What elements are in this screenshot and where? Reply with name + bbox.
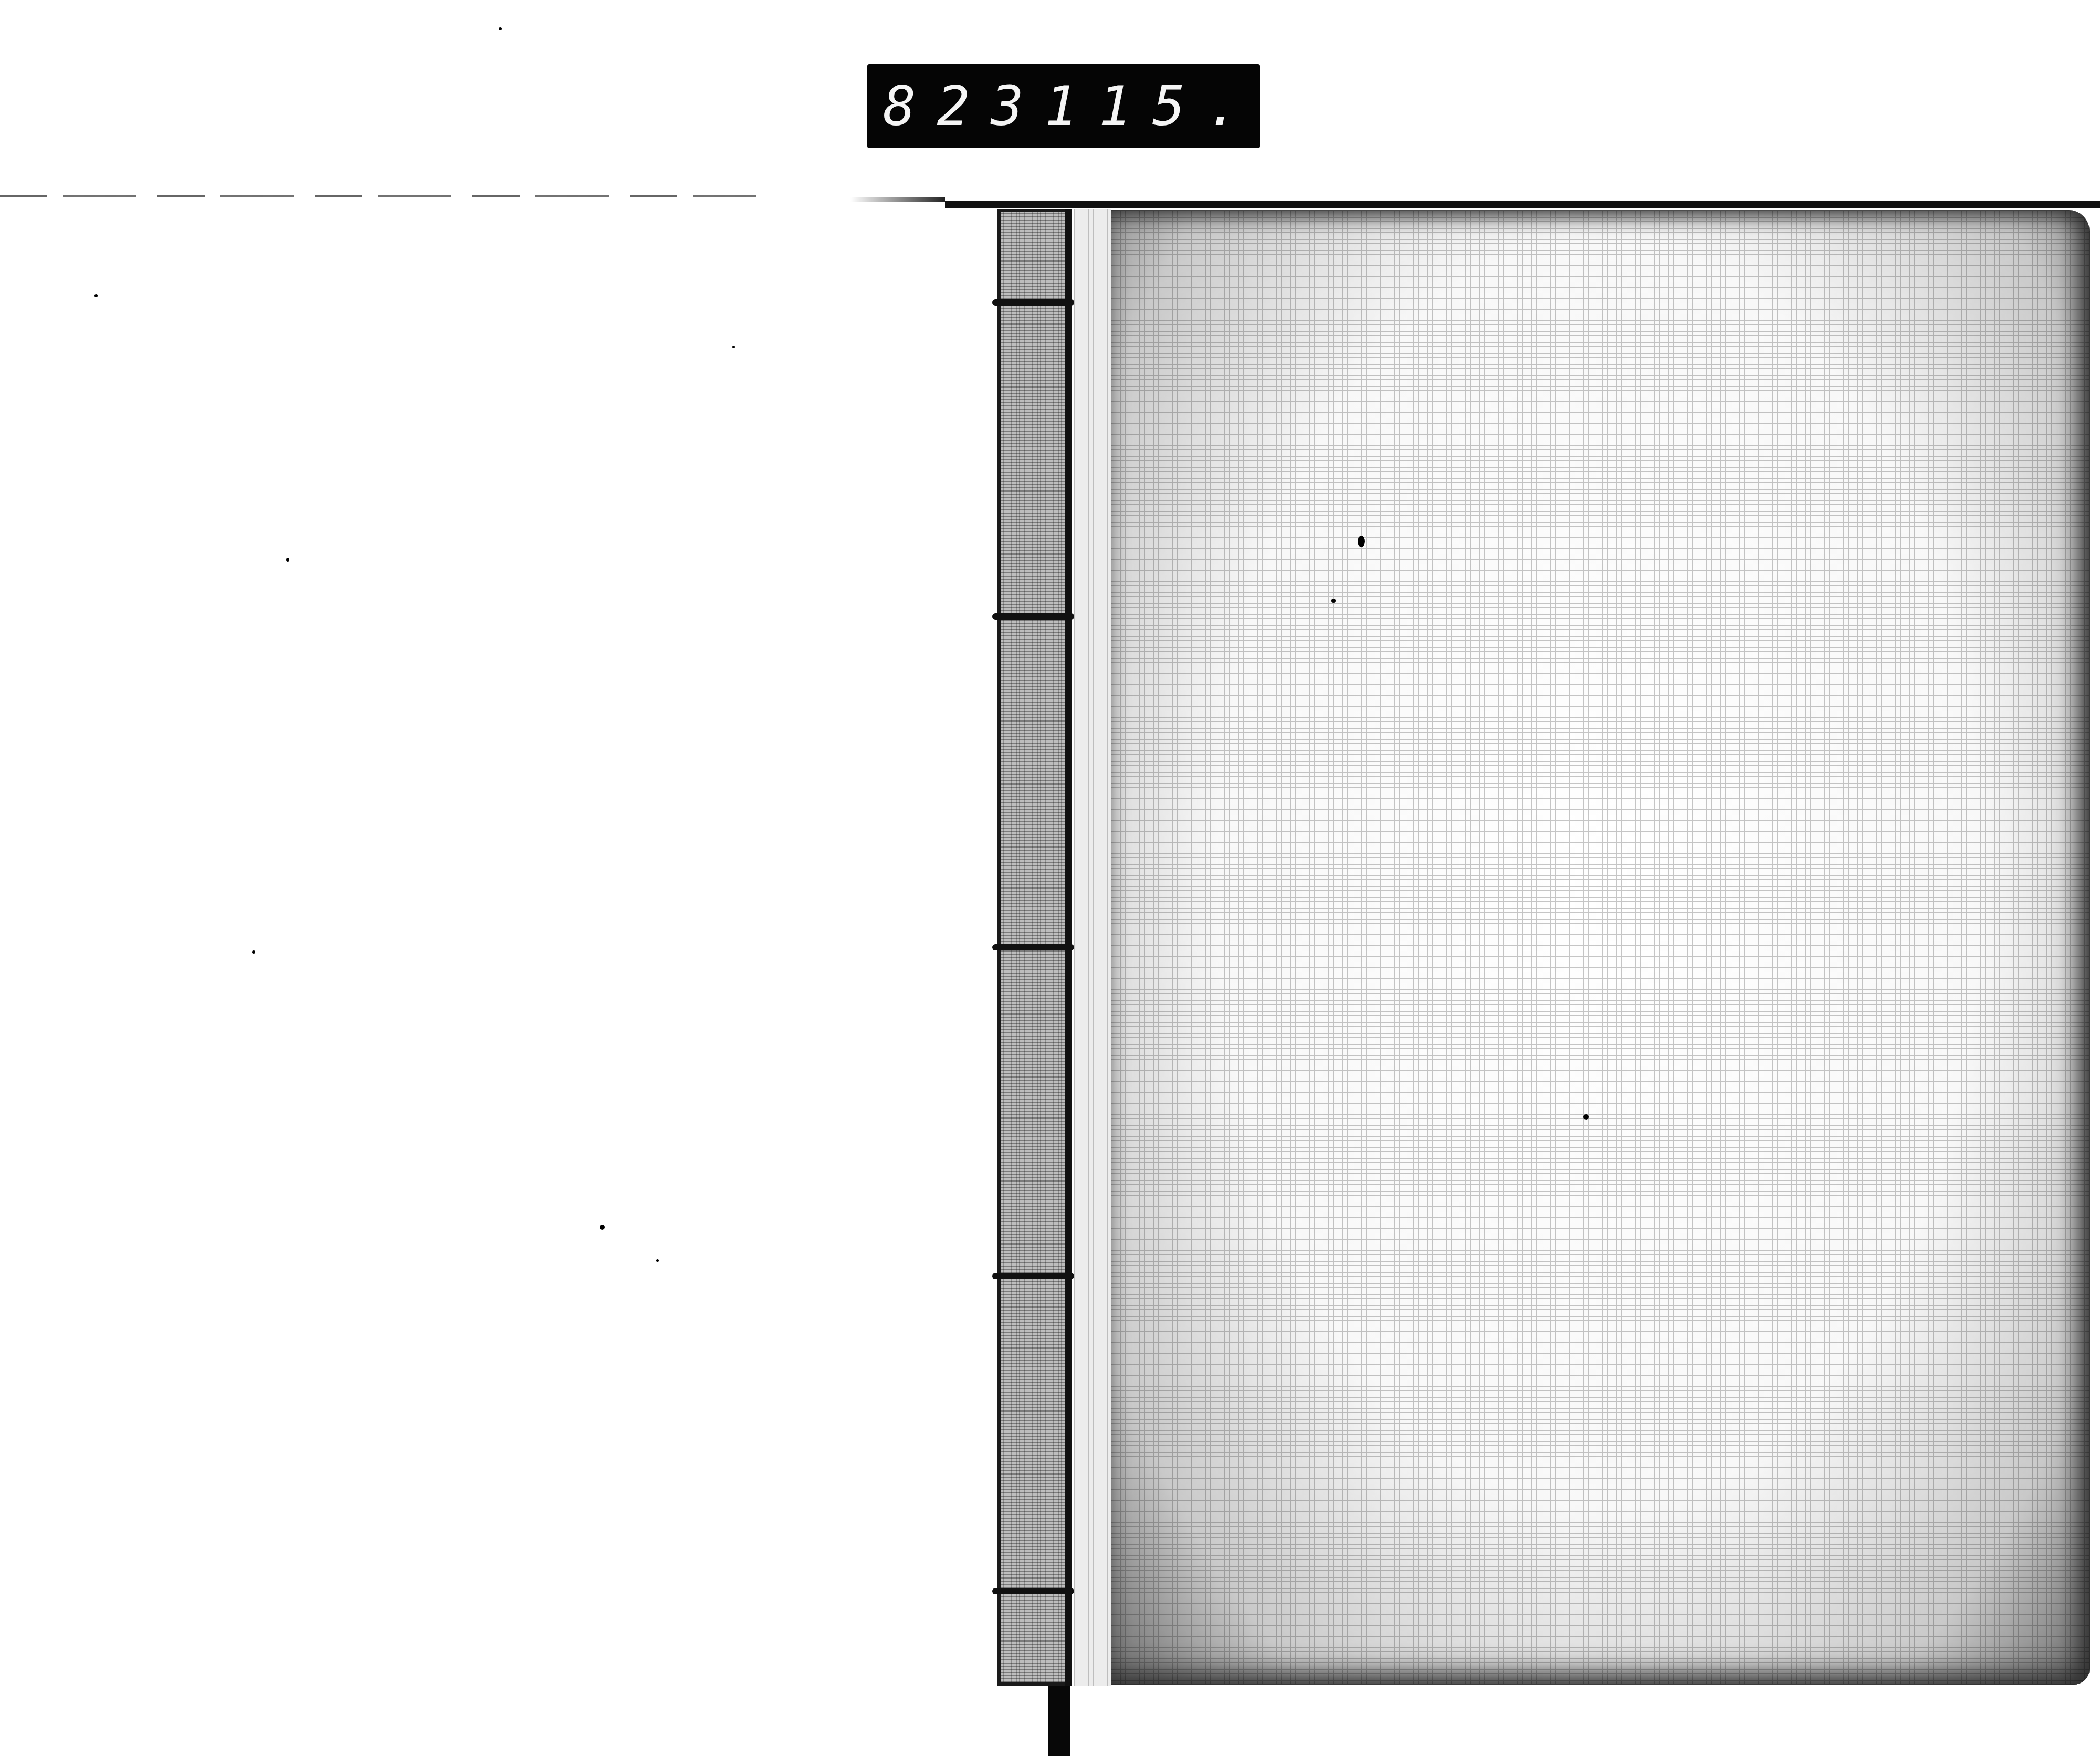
speck bbox=[286, 558, 289, 562]
top-edge-line bbox=[0, 195, 756, 197]
stitch-band-5 bbox=[992, 1588, 1074, 1594]
speck bbox=[732, 346, 735, 348]
cover-hinge bbox=[1074, 209, 1111, 1686]
stitch-band-1 bbox=[992, 299, 1074, 306]
bound-book bbox=[997, 209, 2089, 1686]
top-rule bbox=[945, 201, 2100, 208]
speck bbox=[499, 27, 502, 30]
stitch-band-4 bbox=[992, 1273, 1074, 1279]
speck bbox=[1331, 599, 1336, 603]
counter-left-number: 823 bbox=[883, 74, 1045, 138]
stitch-band-3 bbox=[992, 944, 1074, 950]
top-rule-fade bbox=[850, 197, 945, 202]
speck bbox=[600, 1225, 605, 1230]
stitch-band-2 bbox=[992, 613, 1074, 620]
speck bbox=[252, 950, 255, 954]
speck bbox=[94, 294, 98, 297]
blank-left-page bbox=[0, 0, 997, 1756]
speck bbox=[656, 1259, 659, 1262]
cover-texture bbox=[1111, 210, 2089, 1685]
bookmark-tab bbox=[1048, 1686, 1070, 1756]
front-cover bbox=[1111, 210, 2089, 1685]
speck bbox=[1583, 1114, 1589, 1120]
speck bbox=[1358, 536, 1365, 547]
counter-label: 823 115. bbox=[867, 64, 1260, 148]
counter-right-number: 115. bbox=[1045, 74, 1260, 138]
